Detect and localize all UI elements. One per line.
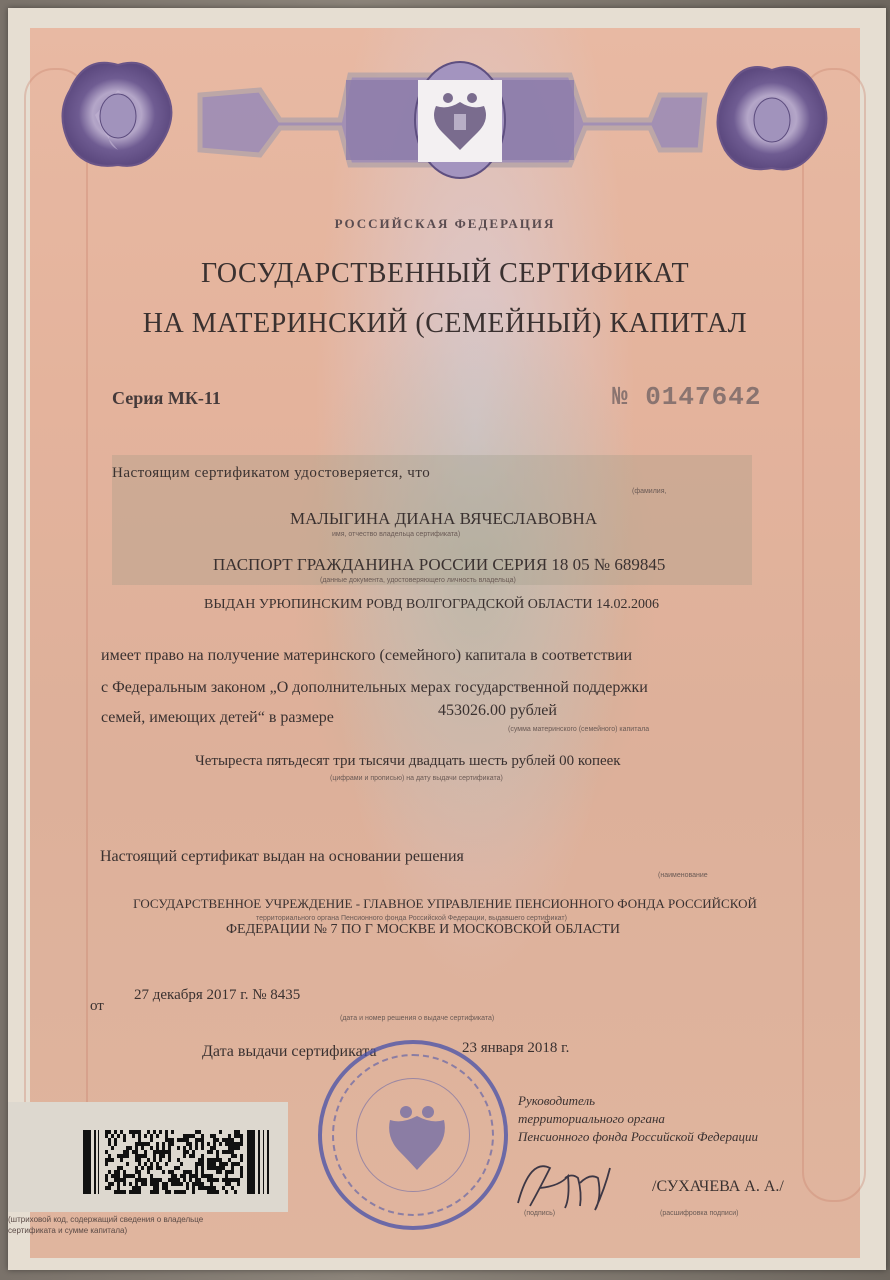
issuing-org-line-1: ГОСУДАРСТВЕННОЕ УЧРЕЖДЕНИЕ - ГЛАВНОЕ УПР… xyxy=(0,896,890,912)
country-header: РОССИЙСКАЯ ФЕДЕРАЦИЯ xyxy=(0,216,890,232)
issue-date: 23 января 2018 г. xyxy=(462,1040,569,1057)
seal-eagle-icon xyxy=(384,1102,450,1172)
passport-issued-by: ВЫДАН УРЮПИНСКИМ РОВД ВОЛГОГРАДСКОЙ ОБЛА… xyxy=(204,597,659,613)
signatory-title-1: Руководитель xyxy=(518,1093,595,1109)
decision-intro: Настоящий сертификат выдан на основании … xyxy=(100,848,464,866)
holder-intro: Настоящим сертификатом удостоверяется, ч… xyxy=(112,465,430,482)
series-label: Серия МК-11 xyxy=(112,388,221,409)
title-line-1: ГОСУДАРСТВЕННЫЙ СЕРТИФИКАТ xyxy=(0,258,890,290)
barcode-area xyxy=(8,1102,288,1212)
barcode-caption-1: (штриховой код, содержащий сведения о вл… xyxy=(8,1215,203,1224)
org-caption: территориального органа Пенсионного фонд… xyxy=(256,915,567,922)
name-caption: имя, отчество владельца сертификата) xyxy=(332,531,460,538)
left-border-ornament xyxy=(24,68,88,1202)
decision-date-number: 27 декабря 2017 г. № 8435 xyxy=(134,987,300,1004)
signatory-name-caption: (расшифровка подписи) xyxy=(660,1210,739,1217)
amount-in-words: Четыреста пятьдесят три тысячи двадцать … xyxy=(195,753,621,770)
title-line-2: НА МАТЕРИНСКИЙ (СЕМЕЙНЫЙ) КАПИТАЛ xyxy=(0,308,890,340)
from-label: от xyxy=(90,998,104,1015)
signatory-title-3: Пенсионного фонда Российской Федерации xyxy=(518,1129,758,1145)
right-border-ornament xyxy=(802,68,866,1202)
signatory-name: /СУХАЧЕВА А. А./ xyxy=(652,1178,784,1196)
issuing-org-line-2: ФЕДЕРАЦИИ № 7 ПО Г МОСКВЕ И МОСКОВСКОЙ О… xyxy=(226,922,620,938)
entitlement-line-1: имеет право на получение материнского (с… xyxy=(101,647,632,665)
left-rosette-icon xyxy=(63,63,172,166)
capital-amount: 453026.00 рублей xyxy=(438,702,557,720)
entitlement-line-3: семей, имеющих детей“ в размере xyxy=(101,709,334,727)
surname-caption: (фамилия, xyxy=(632,488,666,495)
right-rosette-icon xyxy=(718,67,827,169)
amount-words-caption: (цифрами и прописью) на дату выдачи серт… xyxy=(330,775,503,782)
entitlement-line-2: с Федеральным законом „О дополнительных … xyxy=(101,679,648,697)
signature-caption: (подпись) xyxy=(524,1210,555,1217)
holder-full-name: МАЛЫГИНА ДИАНА ВЯЧЕСЛАВОВНА xyxy=(290,509,597,529)
org-caption-right: (наименование xyxy=(658,872,708,879)
header-ornament xyxy=(50,50,840,180)
barcode-caption-2: сертификата и сумме капитала) xyxy=(8,1226,127,1235)
holder-passport: ПАСПОРТ ГРАЖДАНИНА РОССИИ СЕРИЯ 18 05 № … xyxy=(213,555,665,575)
pdf417-barcode-icon xyxy=(83,1130,273,1194)
certificate-number: № 0147642 xyxy=(612,382,761,412)
issue-date-label: Дата выдачи сертификата xyxy=(202,1043,377,1061)
signatory-title-2: территориального органа xyxy=(518,1111,665,1127)
passport-caption: (данные документа, удостоверяющего лично… xyxy=(320,577,516,584)
signature-icon xyxy=(510,1148,620,1218)
amount-caption: (сумма материнского (семейного) капитала xyxy=(508,726,649,733)
official-seal xyxy=(318,1040,508,1230)
decision-caption: (дата и номер решения о выдаче сертифика… xyxy=(340,1015,494,1022)
